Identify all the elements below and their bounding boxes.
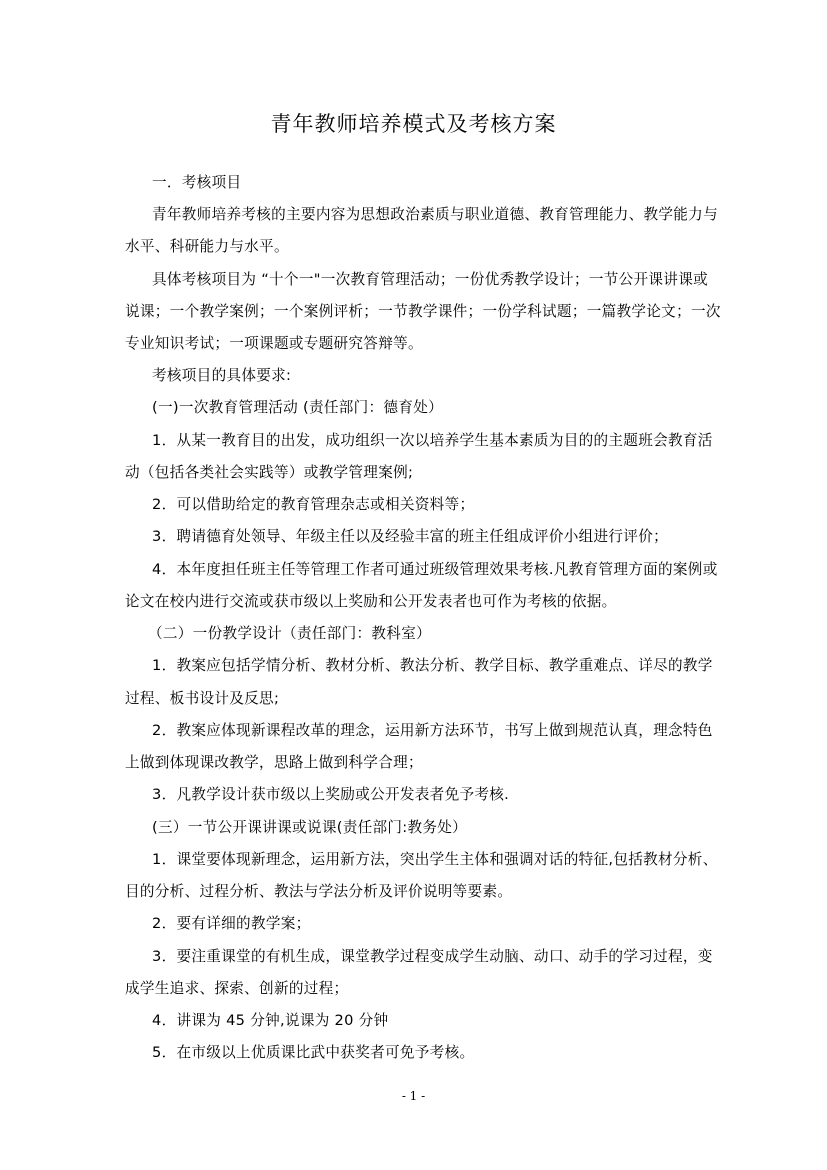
list-item: 1．从某一教育目的出发，成功组织一次以培养学生基本素质为目的的主题班会教育活 [152,431,732,451]
list-item-continuation: 目的分析、过程分析、教法与学法分析及评价说明等要素。 [125,882,705,902]
list-item-continuation: 过程、板书设计及反思; [125,689,705,709]
list-item-continuation: 成学生追求、探索、创新的过程； [125,979,705,999]
list-item: 3．聘请德育处领导、年级主任以及经验丰富的班主任组成评价小组进行评价； [152,527,732,547]
list-item: 3．凡教学设计获市级以上奖励或公开发表者免予考核. [152,785,732,805]
subsection-heading: （二）一份教学设计（责任部门：教科室） [148,624,728,644]
list-item: 4．讲课为 45 分钟,说课为 20 分钟 [152,1011,732,1031]
page-number: - 1 - [0,1089,827,1103]
paragraph-line: 青年教师培养考核的主要内容为思想政治素质与职业道德、教育管理能力、教学能力与 [152,205,732,225]
paragraph-line: 具体考核项目为 “十个一"一次教育管理活动；一份优秀教学设计；一节公开课讲课或 [152,270,732,290]
document-page: 青年教师培养模式及考核方案 一．考核项目 青年教师培养考核的主要内容为思想政治素… [0,0,827,1170]
subsection-heading: (一)一次教育管理活动 (责任部门：德育处） [152,398,732,418]
list-item: 4．本年度担任班主任等管理工作者可通过班级管理效果考核.凡教育管理方面的案例或 [152,560,732,580]
list-item-continuation: 上做到体现课改教学，思路上做到科学合理； [125,753,705,773]
paragraph-line: 说课；一个教学案例；一个案例评析；一节教学课件；一份学科试题；一篇教学论文；一次 [125,302,705,322]
list-item: 1．课堂要体现新理念，运用新方法，突出学生主体和强调对话的特征,包括教材分析、 [152,850,732,870]
list-item: 5．在市级以上优质课比武中获奖者可免予考核。 [152,1043,732,1063]
list-item: 2．要有详细的教学案； [152,914,732,934]
list-item-continuation: 动（包括各类社会实践等）或教学管理案例; [125,463,705,483]
list-item: 1．教案应包括学情分析、教材分析、教法分析、教学目标、教学重难点、详尽的教学 [152,656,732,676]
list-item: 2．可以借助给定的教育管理杂志或相关资料等； [152,495,732,515]
paragraph-line: 水平、科研能力与水平。 [125,237,705,257]
subsection-heading: (三）一节公开课讲课或说课(责任部门:教务处） [152,818,732,838]
list-item: 2．教案应体现新课程改革的理念，运用新方法环节，书写上做到规范认真，理念特色 [152,721,732,741]
list-item-continuation: 论文在校内进行交流或获市级以上奖励和公开发表者也可作为考核的依据。 [125,592,705,612]
document-title: 青年教师培养模式及考核方案 [0,108,827,138]
paragraph-line: 专业知识考试；一项课题或专题研究答辩等。 [125,334,705,354]
list-item: 3．要注重课堂的有机生成，课堂教学过程变成学生动脑、动口、动手的学习过程，变 [152,947,732,967]
section-heading: 一．考核项目 [152,173,732,193]
paragraph-line: 考核项目的具体要求: [152,366,732,386]
